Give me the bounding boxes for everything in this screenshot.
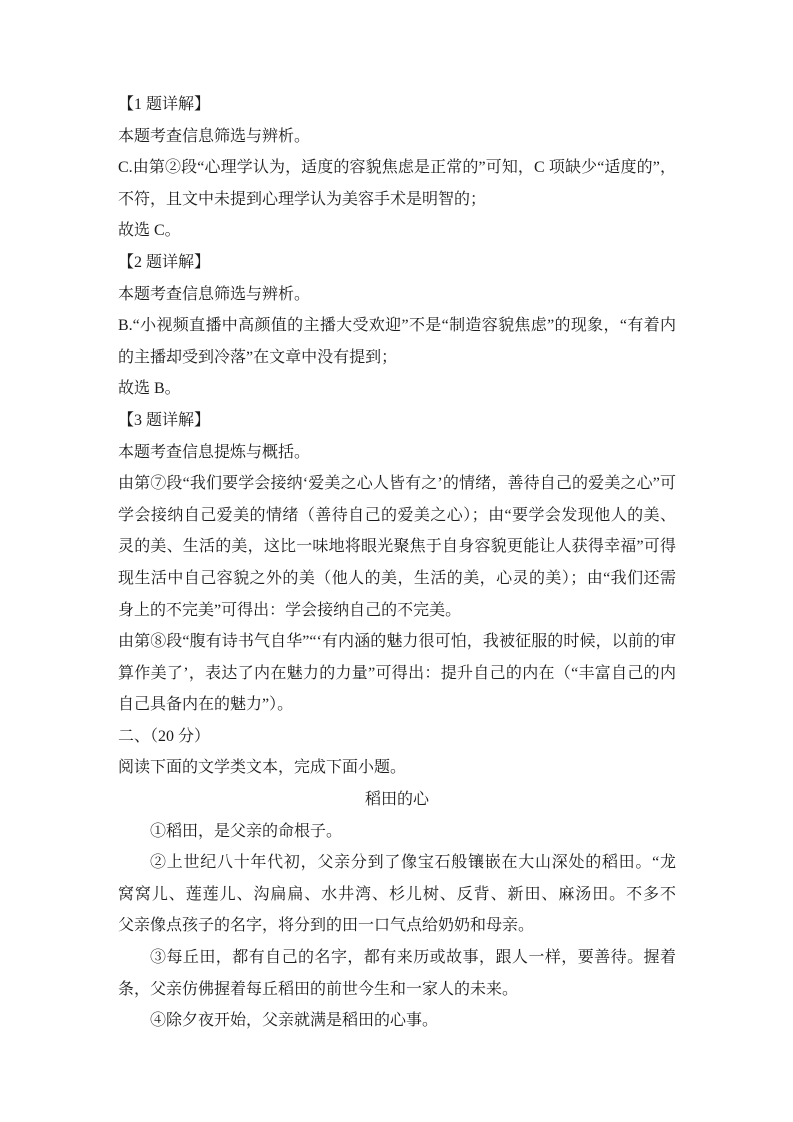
explanation-3-intro: 本题考查信息提炼与概括。 — [118, 437, 676, 469]
explanation-1-analysis-line: C.由第②段“心理学认为，适度的容貌焦虑是正常的”可知，C 项缺少“适度的”，与… — [118, 152, 676, 184]
explanation-1-conclusion: 故选 C。 — [118, 215, 676, 247]
essay-paragraph-2-line: 父亲像点孩子的名字，将分到的田一口气点给奶奶和母亲。 — [118, 910, 676, 942]
explanation-block-2: 【2 题详解】 本题考查信息筛选与辨析。 B.“小视频直播中高颜值的主播大受欢迎… — [118, 247, 676, 405]
essay-paragraph-3-line: ③每丘田，都有自己的名字，都有来历或故事，跟人一样，要善待。握着分田抓阄的纸 — [118, 942, 676, 974]
reading-instruction: 阅读下面的文学类文本，完成下面小题。 — [118, 752, 676, 784]
explanation-3-analysis-line: 由第⑦段“我们要学会接纳‘爱美之心人皆有之’的情绪，善待自己的爱美之心”可得出： — [118, 468, 676, 500]
document-content: 【1 题详解】 本题考查信息筛选与辨析。 C.由第②段“心理学认为，适度的容貌焦… — [118, 89, 676, 1037]
explanation-3-analysis-line: 现生活中自己容貌之外的美（他人的美，生活的美，心灵的美）；由“我们还需要接纳自己 — [118, 563, 676, 595]
document-page: 【1 题详解】 本题考查信息筛选与辨析。 C.由第②段“心理学认为，适度的容貌焦… — [0, 0, 793, 1122]
explanation-3-analysis-line: 灵的美、生活的美，这比一味地将眼光聚焦于自身容貌更能让人获得幸福”可得出：学会发 — [118, 531, 676, 563]
explanation-3-heading: 【3 题详解】 — [118, 405, 676, 437]
explanation-1-intro: 本题考查信息筛选与辨析。 — [118, 121, 676, 153]
explanation-block-1: 【1 题详解】 本题考查信息筛选与辨析。 C.由第②段“心理学认为，适度的容貌焦… — [118, 89, 676, 247]
explanation-1-heading: 【1 题详解】 — [118, 89, 676, 121]
explanation-3-analysis-line: 自己具备内在的魅力”）。 — [118, 689, 676, 721]
explanation-3-analysis-line: 算作美了’，表达了内在魅力的力量”可得出：提升自己的内在（“丰富自己的内涵”或“… — [118, 658, 676, 690]
explanation-1-analysis-line: 不符，且文中未提到心理学认为美容手术是明智的； — [118, 184, 676, 216]
section-two-heading: 二、（20 分） — [118, 721, 676, 753]
explanation-3-analysis-line: 身上的不完美”可得出：学会接纳自己的不完美。 — [118, 595, 676, 627]
essay-paragraph-2-line: ②上世纪八十年代初，父亲分到了像宝石般镶嵌在大山深处的稻田。“龙井、肚肚儿、 — [118, 847, 676, 879]
essay-paragraph-3-line: 条，父亲仿佛握着每丘稻田的前世今生和一家人的未来。 — [118, 974, 676, 1006]
explanation-3-analysis-line: 学会接纳自己爱美的情绪（善待自己的爱美之心）；由“要学会发现他人的美、学会发现心 — [118, 500, 676, 532]
explanation-2-analysis-line: B.“小视频直播中高颜值的主播大受欢迎”不是“制造容貌焦虑”的现象，“有着内在素… — [118, 310, 676, 342]
explanation-block-3: 【3 题详解】 本题考查信息提炼与概括。 由第⑦段“我们要学会接纳‘爱美之心人皆… — [118, 405, 676, 721]
essay-paragraph-4-line: ④除夕夜开始，父亲就满是稻田的心事。 — [118, 1005, 676, 1037]
explanation-2-intro: 本题考查信息筛选与辨析。 — [118, 279, 676, 311]
essay-paragraph-1-line: ①稻田，是父亲的命根子。 — [118, 816, 676, 848]
essay-paragraph-2-line: 窝窝儿、莲莲儿、沟扁扁、水井湾、杉儿树、反背、新田、麻汤田。不多不少，整整十丘。… — [118, 879, 676, 911]
section-two-block: 二、（20 分） 阅读下面的文学类文本，完成下面小题。 稻田的心 ①稻田，是父亲… — [118, 721, 676, 1037]
explanation-2-heading: 【2 题详解】 — [118, 247, 676, 279]
essay-title: 稻田的心 — [118, 784, 676, 816]
explanation-2-analysis-line: 的主播却受到冷落”在文章中没有提到； — [118, 342, 676, 374]
explanation-2-conclusion: 故选 B。 — [118, 373, 676, 405]
explanation-3-analysis-line: 由第⑧段“腹有诗书气自华”“‘有内涵的魅力很可怕，我被征服的时候，以前的审美都不 — [118, 626, 676, 658]
